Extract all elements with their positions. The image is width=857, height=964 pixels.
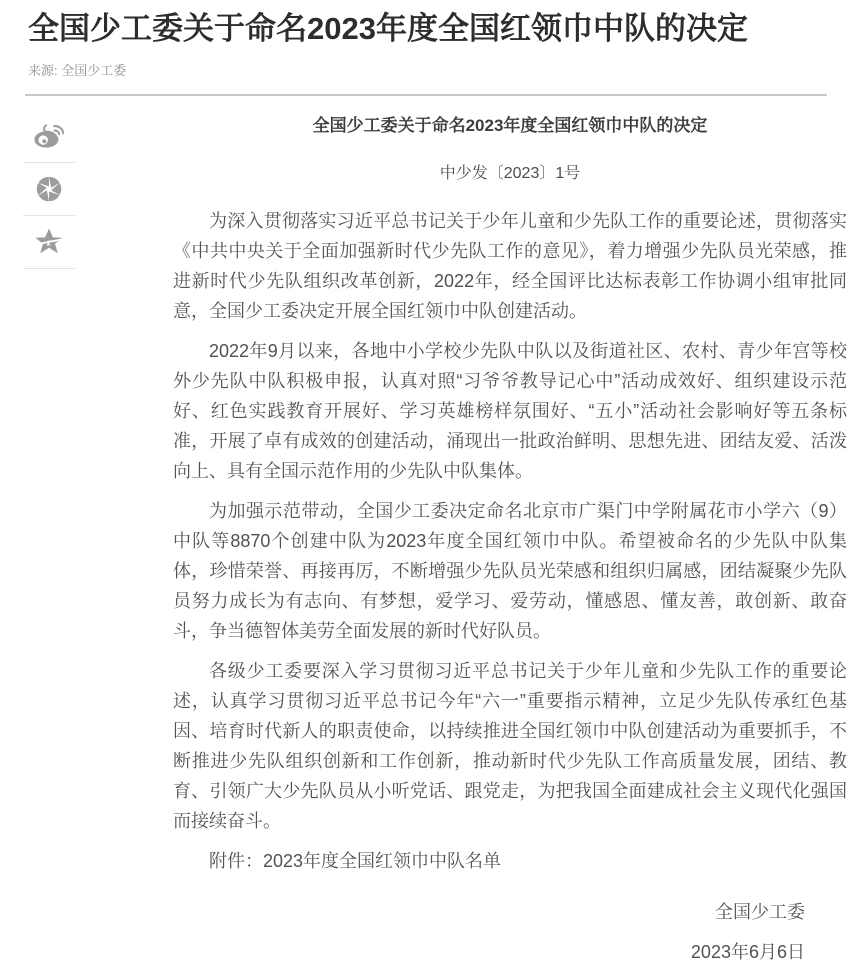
share-qzone-button[interactable]: z xyxy=(23,216,75,269)
aperture-icon xyxy=(34,174,64,204)
article: 全国少工委关于命名2023年度全国红领巾中队的决定 中少发〔2023〕1号 为深… xyxy=(173,110,847,964)
document-number: 中少发〔2023〕1号 xyxy=(173,160,847,183)
paragraph-4: 各级少工委要深入学习贯彻习近平总书记关于少年儿童和少先队工作的重要论述，认真学习… xyxy=(173,656,847,836)
weibo-icon xyxy=(32,120,66,152)
svg-text:z: z xyxy=(46,237,52,247)
article-title: 全国少工委关于命名2023年度全国红领巾中队的决定 xyxy=(173,114,847,138)
share-sidebar: z xyxy=(23,110,75,269)
paragraph-1: 为深入贯彻落实习近平总书记关于少年儿童和少先队工作的重要论述，贯彻落实《中共中央… xyxy=(173,206,847,326)
page-title: 全国少工委关于命名2023年度全国红领巾中队的决定 xyxy=(28,10,827,49)
signature-date: 2023年6月6日 xyxy=(173,937,847,964)
article-body: 为深入贯彻落实习近平总书记关于少年儿童和少先队工作的重要论述，贯彻落实《中共中央… xyxy=(173,206,847,876)
page-header: 全国少工委关于命名2023年度全国红领巾中队的决定 来源: 全国少工委 xyxy=(0,0,857,79)
paragraph-3: 为加强示范带动，全国少工委决定命名北京市广渠门中学附属花市小学六（9）中队等88… xyxy=(173,496,847,646)
qzone-star-icon: z xyxy=(33,227,65,257)
share-aperture-button[interactable] xyxy=(23,163,75,216)
content-row: z 全国少工委关于命名2023年度全国红领巾中队的决定 中少发〔2023〕1号 … xyxy=(0,110,857,964)
attachment-line: 附件：2023年度全国红领巾中队名单 xyxy=(173,846,847,876)
header-divider xyxy=(25,94,827,96)
share-weibo-button[interactable] xyxy=(23,110,75,163)
signature: 全国少工委 xyxy=(173,897,847,927)
paragraph-2: 2022年9月以来，各地中小学校少先队中队以及街道社区、农村、青少年宫等校外少先… xyxy=(173,336,847,486)
source-line: 来源: 全国少工委 xyxy=(28,60,827,79)
